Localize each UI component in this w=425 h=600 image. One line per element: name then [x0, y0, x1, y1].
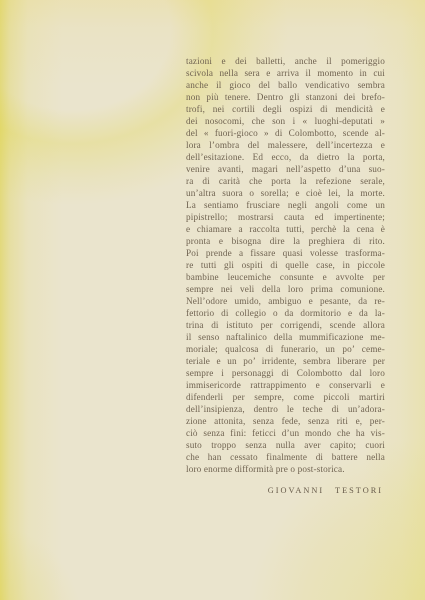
text-line: re tutti gli ospiti di quelle case, in p… — [186, 259, 385, 271]
text-line: dell’esitazione. Ed ecco, da dietro la p… — [186, 151, 385, 163]
text-line: pronta e bisogna dire la preghiera di ri… — [186, 235, 385, 247]
text-line: teriale e un po’ irridente, sembra liber… — [186, 355, 385, 367]
text-line: tazioni e dei balletti, anche il pomerig… — [186, 55, 385, 67]
text-line: trofi, nei cortili degli ospizi di mendi… — [186, 103, 385, 115]
text-line: il senso naftalinico della mummificazion… — [186, 331, 385, 343]
text-line: anche il gioco del ballo vendicativo sem… — [186, 79, 385, 91]
text-line: difenderli per sempre, come piccoli mart… — [186, 391, 385, 403]
text-line: dell’insipienza, dentro le teche di un’a… — [186, 403, 385, 415]
text-line: loro enorme difformità pre o post-storic… — [186, 463, 385, 475]
text-line: zione attonita, senza fede, senza riti e… — [186, 415, 385, 427]
text-line: ciò senza fini: feticci d’un mondo che h… — [186, 427, 385, 439]
text-line: moriale; qualcosa di funerario, un po’ c… — [186, 343, 385, 355]
text-line: lora l’ombra del malessere, dell’incerte… — [186, 139, 385, 151]
text-line: trina di istituto per corrigendi, scende… — [186, 319, 385, 331]
body-text: tazioni e dei balletti, anche il pomerig… — [186, 55, 385, 475]
text-line: ra di carità che porta la refezione sera… — [186, 175, 385, 187]
text-line: non più tenere. Dentro gli stanzoni dei … — [186, 91, 385, 103]
book-page: tazioni e dei balletti, anche il pomerig… — [0, 0, 425, 600]
text-line: scivola nella sera e arriva il momento i… — [186, 67, 385, 79]
text-line: sempre nei veli della loro prima comunio… — [186, 283, 385, 295]
author-signature: GIOVANNI TESTORI — [186, 485, 383, 496]
text-line: Poi prende a fissare quasi volesse trasf… — [186, 247, 385, 259]
text-line: fettorio di collegio o da dormitorio e d… — [186, 307, 385, 319]
text-line: che han cessato finalmente di battere ne… — [186, 451, 385, 463]
text-line: pipistrello; mostrarsi cauta ed impertin… — [186, 211, 385, 223]
text-line: La sentiamo frusciare negli angoli come … — [186, 199, 385, 211]
text-line: sempre i personaggi di Colombotto dal lo… — [186, 367, 385, 379]
text-line: immisericorde rattrappimento e conservar… — [186, 379, 385, 391]
text-line: Nell’odore umido, ambiguo e pesante, da … — [186, 295, 385, 307]
text-line: venire avanti, magari nell’aspetto d’una… — [186, 163, 385, 175]
text-line: del « fuori-gioco » di Colombotto, scend… — [186, 127, 385, 139]
text-line: bambine leucemiche consunte e avvolte pe… — [186, 271, 385, 283]
text-line: suto troppo senza nulla aver capito; cuo… — [186, 439, 385, 451]
text-line: e chiamare a raccolta tutti, perchè la c… — [186, 223, 385, 235]
text-line: un’altra suora o sorella; e cioè lei, la… — [186, 187, 385, 199]
text-line: dei nosocomi, che son i « luoghi-deputat… — [186, 115, 385, 127]
